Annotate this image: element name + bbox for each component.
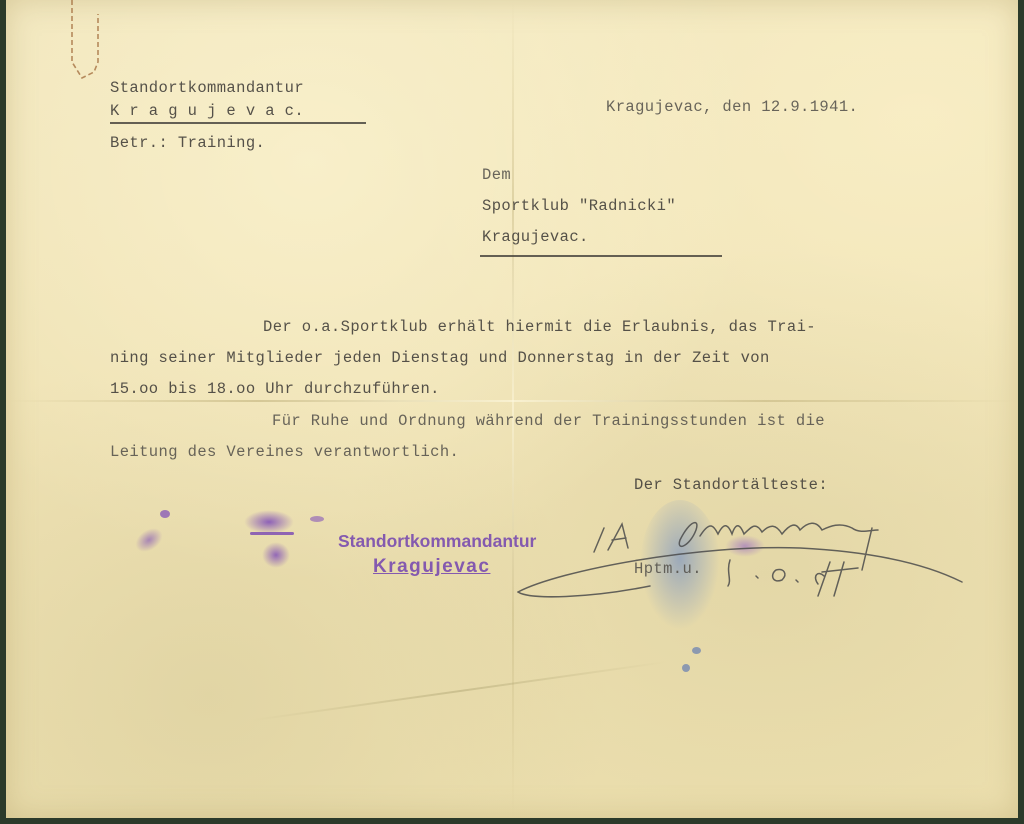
body-line-3: 15.oo bis 18.oo Uhr durchzuführen. <box>110 380 440 398</box>
body-line-4: Für Ruhe und Ordnung während der Trainin… <box>272 412 825 430</box>
subject-line: Betr.: Training. <box>110 134 265 152</box>
sender-line-1: Standortkommandantur <box>110 79 304 97</box>
closing-title: Der Standortälteste: <box>634 476 828 494</box>
recipient-name: Sportklub "Radnicki" <box>482 197 676 215</box>
handwritten-signature-icon <box>500 500 980 610</box>
place-date: Kragujevac, den 12.9.1941. <box>606 98 858 116</box>
body-line-5: Leitung des Vereines verantwortlich. <box>110 443 459 461</box>
body-line-1: Der o.a.Sportklub erhält hiermit die Erl… <box>263 318 816 336</box>
sender-line-2: K r a g u j e v a c. <box>110 102 304 120</box>
stamp-line-2: Kragujevac <box>373 556 490 578</box>
sender-underline <box>110 122 366 124</box>
paperclip-rust-mark-icon <box>68 0 102 80</box>
recipient-salutation: Dem <box>482 166 511 184</box>
recipient-underline <box>480 255 722 257</box>
recipient-city: Kragujevac. <box>482 228 589 246</box>
body-line-2: ning seiner Mitglieder jeden Dienstag un… <box>110 349 770 367</box>
